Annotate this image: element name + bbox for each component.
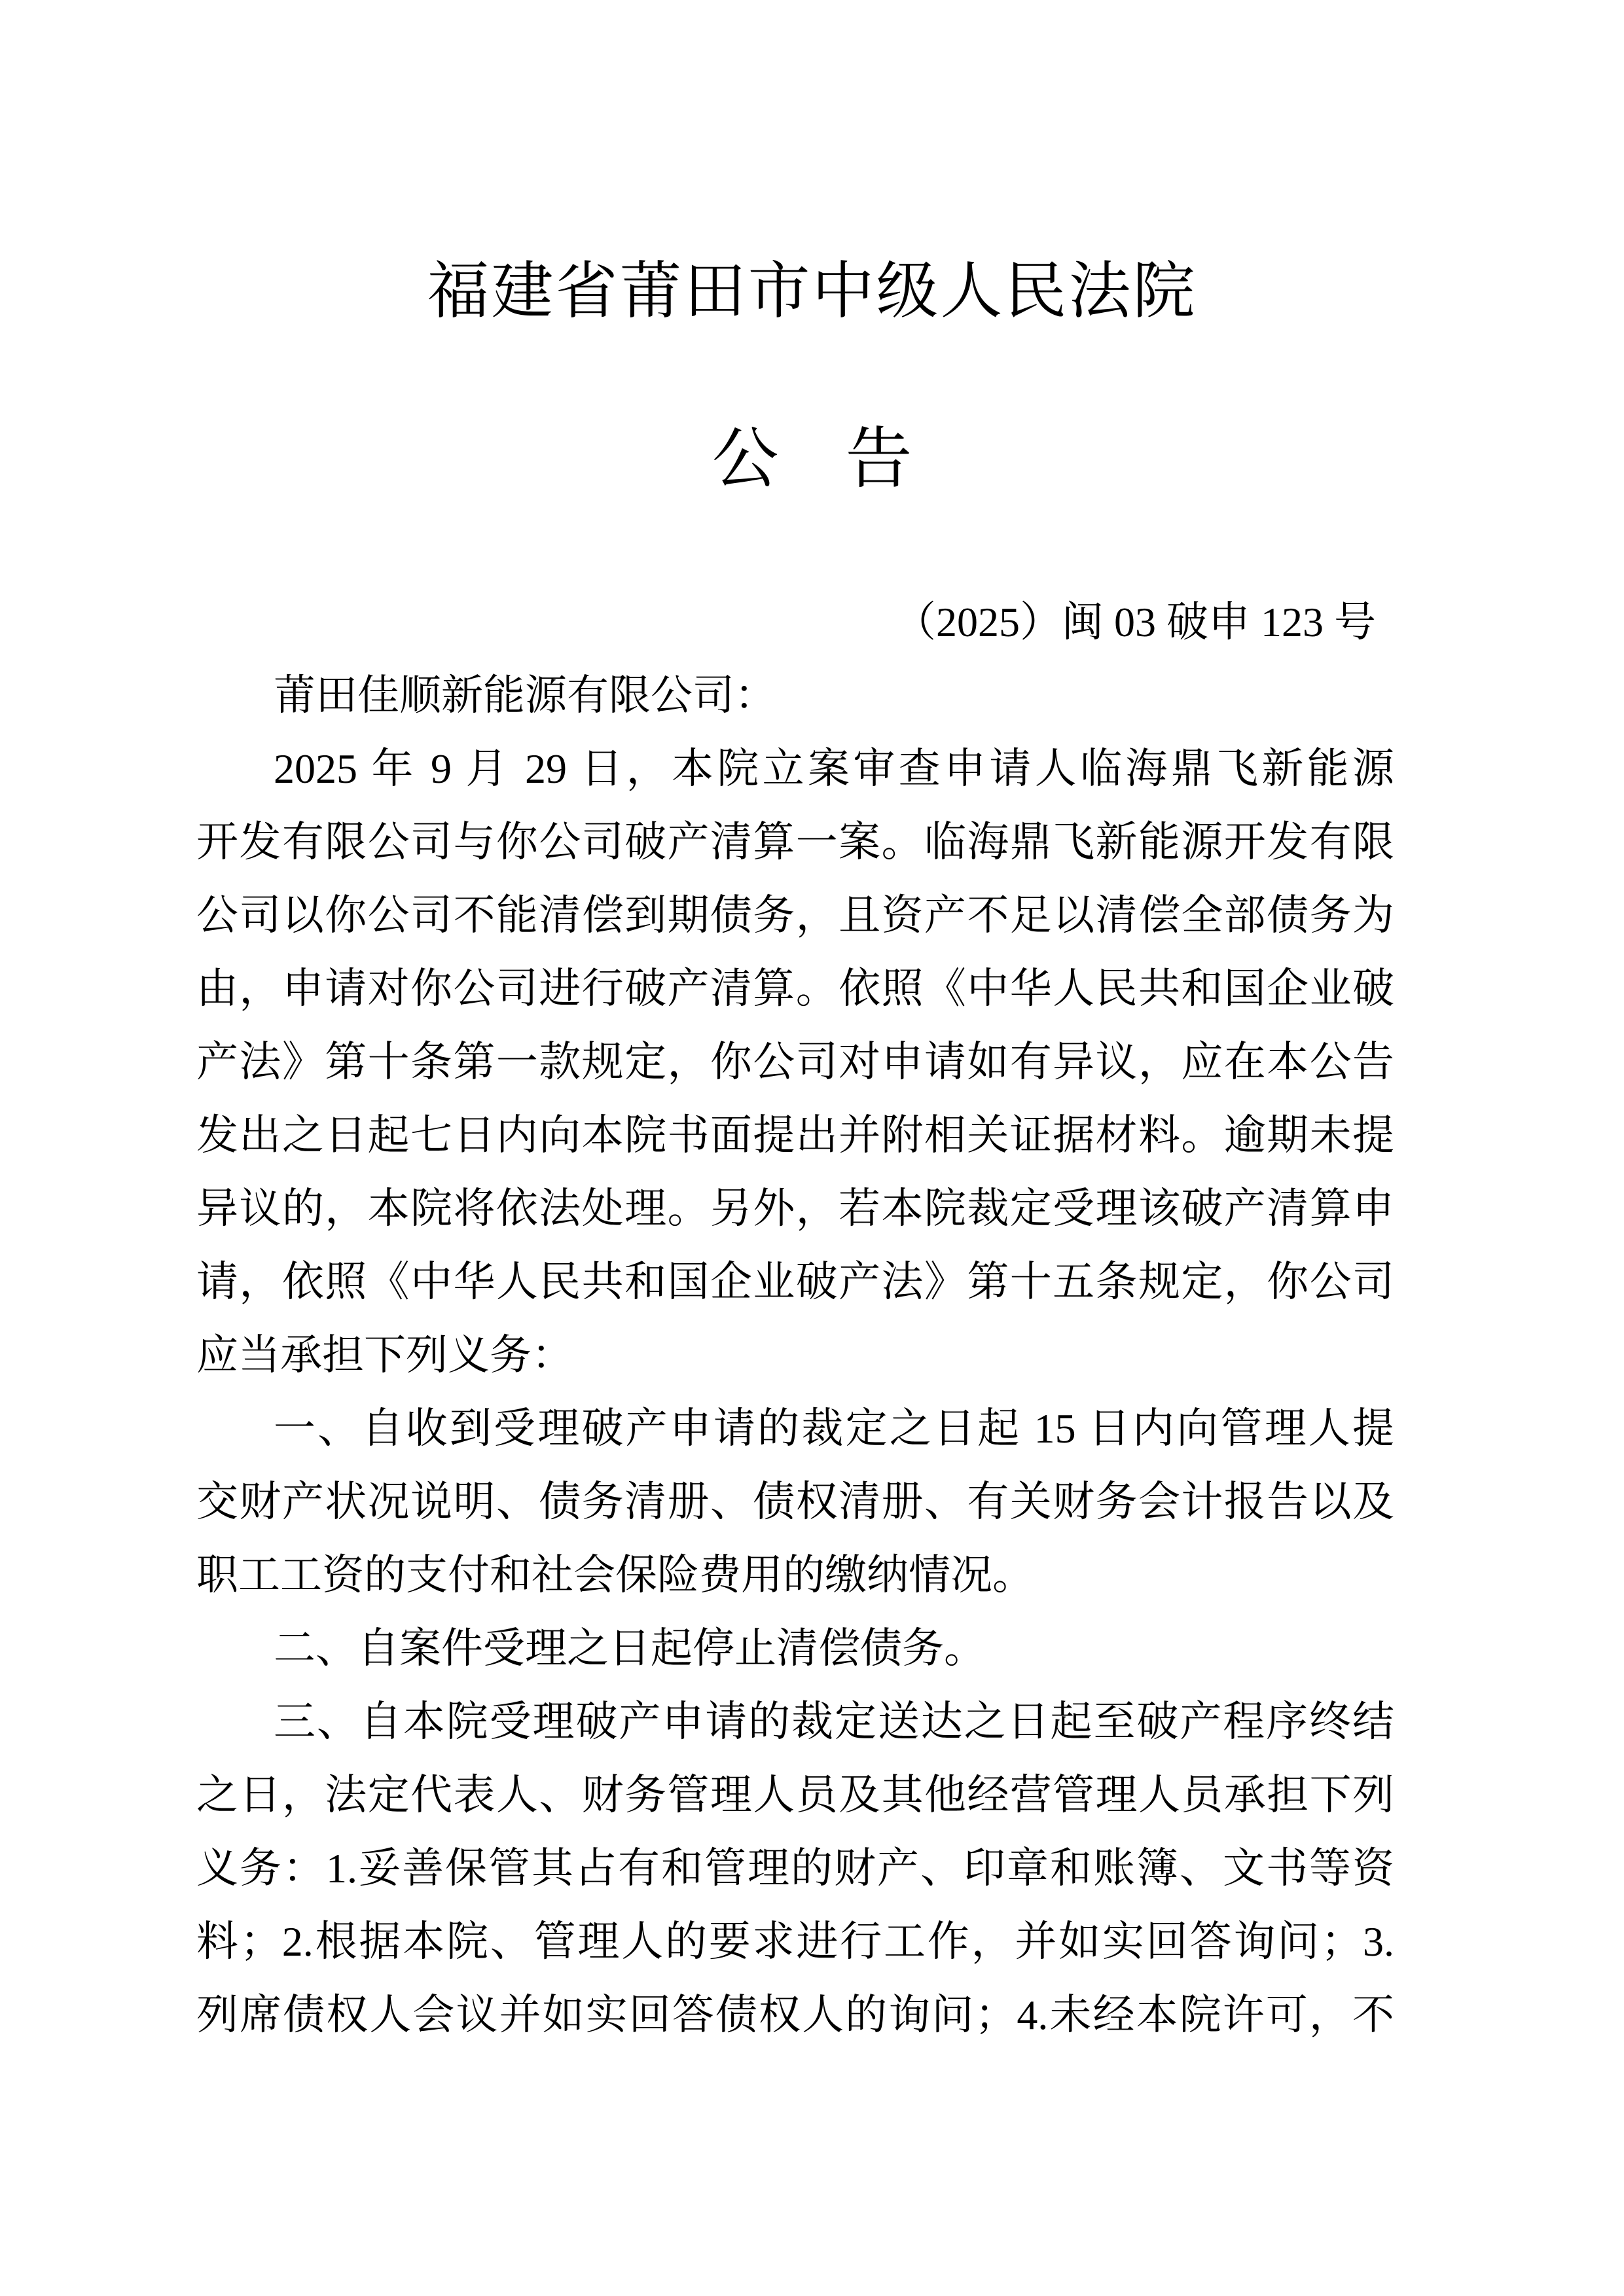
doc-title: 公 告 [0,427,1624,493]
document-page: 福建省莆田市中级人民法院 公 告 （2025）闽 03 破申 123 号 莆田佳… [0,0,1624,2296]
body-line: 开发有限公司与你公司破产清算一案。临海鼎飞新能源开发有限 [196,806,1394,879]
body-line: 料；2.根据本院、管理人的要求进行工作，并如实回答询问；3. [196,1905,1394,1979]
court-title: 福建省莆田市中级人民法院 [0,260,1624,323]
body-line: 二、自案件受理之日起停止清偿债务。 [196,1612,1394,1685]
paragraph-lines: 莆田佳顺新能源有限公司：2025 年 9 月 29 日，本院立案审查申请人临海鼎… [196,659,1394,2052]
body-line: 之日，法定代表人、财务管理人员及其他经营管理人员承担下列 [196,1759,1394,1832]
case-number: （2025）闽 03 破申 123 号 [196,586,1394,659]
body-line: 应当承担下列义务： [196,1319,1394,1392]
body-line: 列席债权人会议并如实回答债权人的询问；4.未经本院许可，不 [196,1979,1394,2052]
body-line: 职工工资的支付和社会保险费用的缴纳情况。 [196,1539,1394,1612]
body-line: 2025 年 9 月 29 日，本院立案审查申请人临海鼎飞新能源 [196,732,1394,806]
body-line: 三、自本院受理破产申请的裁定送达之日起至破产程序终结 [196,1685,1394,1759]
body-line: 一、自收到受理破产申请的裁定之日起 15 日内向管理人提 [196,1392,1394,1465]
body-line: 请，依照《中华人民共和国企业破产法》第十五条规定，你公司 [196,1246,1394,1319]
body-line: 由，申请对你公司进行破产清算。依照《中华人民共和国企业破 [196,952,1394,1026]
body-text: （2025）闽 03 破申 123 号 莆田佳顺新能源有限公司：2025 年 9… [196,586,1394,2052]
body-line: 交财产状况说明、债务清册、债权清册、有关财务会计报告以及 [196,1465,1394,1539]
body-line: 发出之日起七日内向本院书面提出并附相关证据材料。逾期未提 [196,1099,1394,1172]
body-line: 莆田佳顺新能源有限公司： [196,659,1394,732]
body-line: 公司以你公司不能清偿到期债务，且资产不足以清偿全部债务为 [196,879,1394,952]
body-line: 义务：1.妥善保管其占有和管理的财产、印章和账簿、文书等资 [196,1832,1394,1905]
body-line: 产法》第十条第一款规定，你公司对申请如有异议，应在本公告 [196,1026,1394,1099]
body-line: 异议的，本院将依法处理。另外，若本院裁定受理该破产清算申 [196,1172,1394,1246]
